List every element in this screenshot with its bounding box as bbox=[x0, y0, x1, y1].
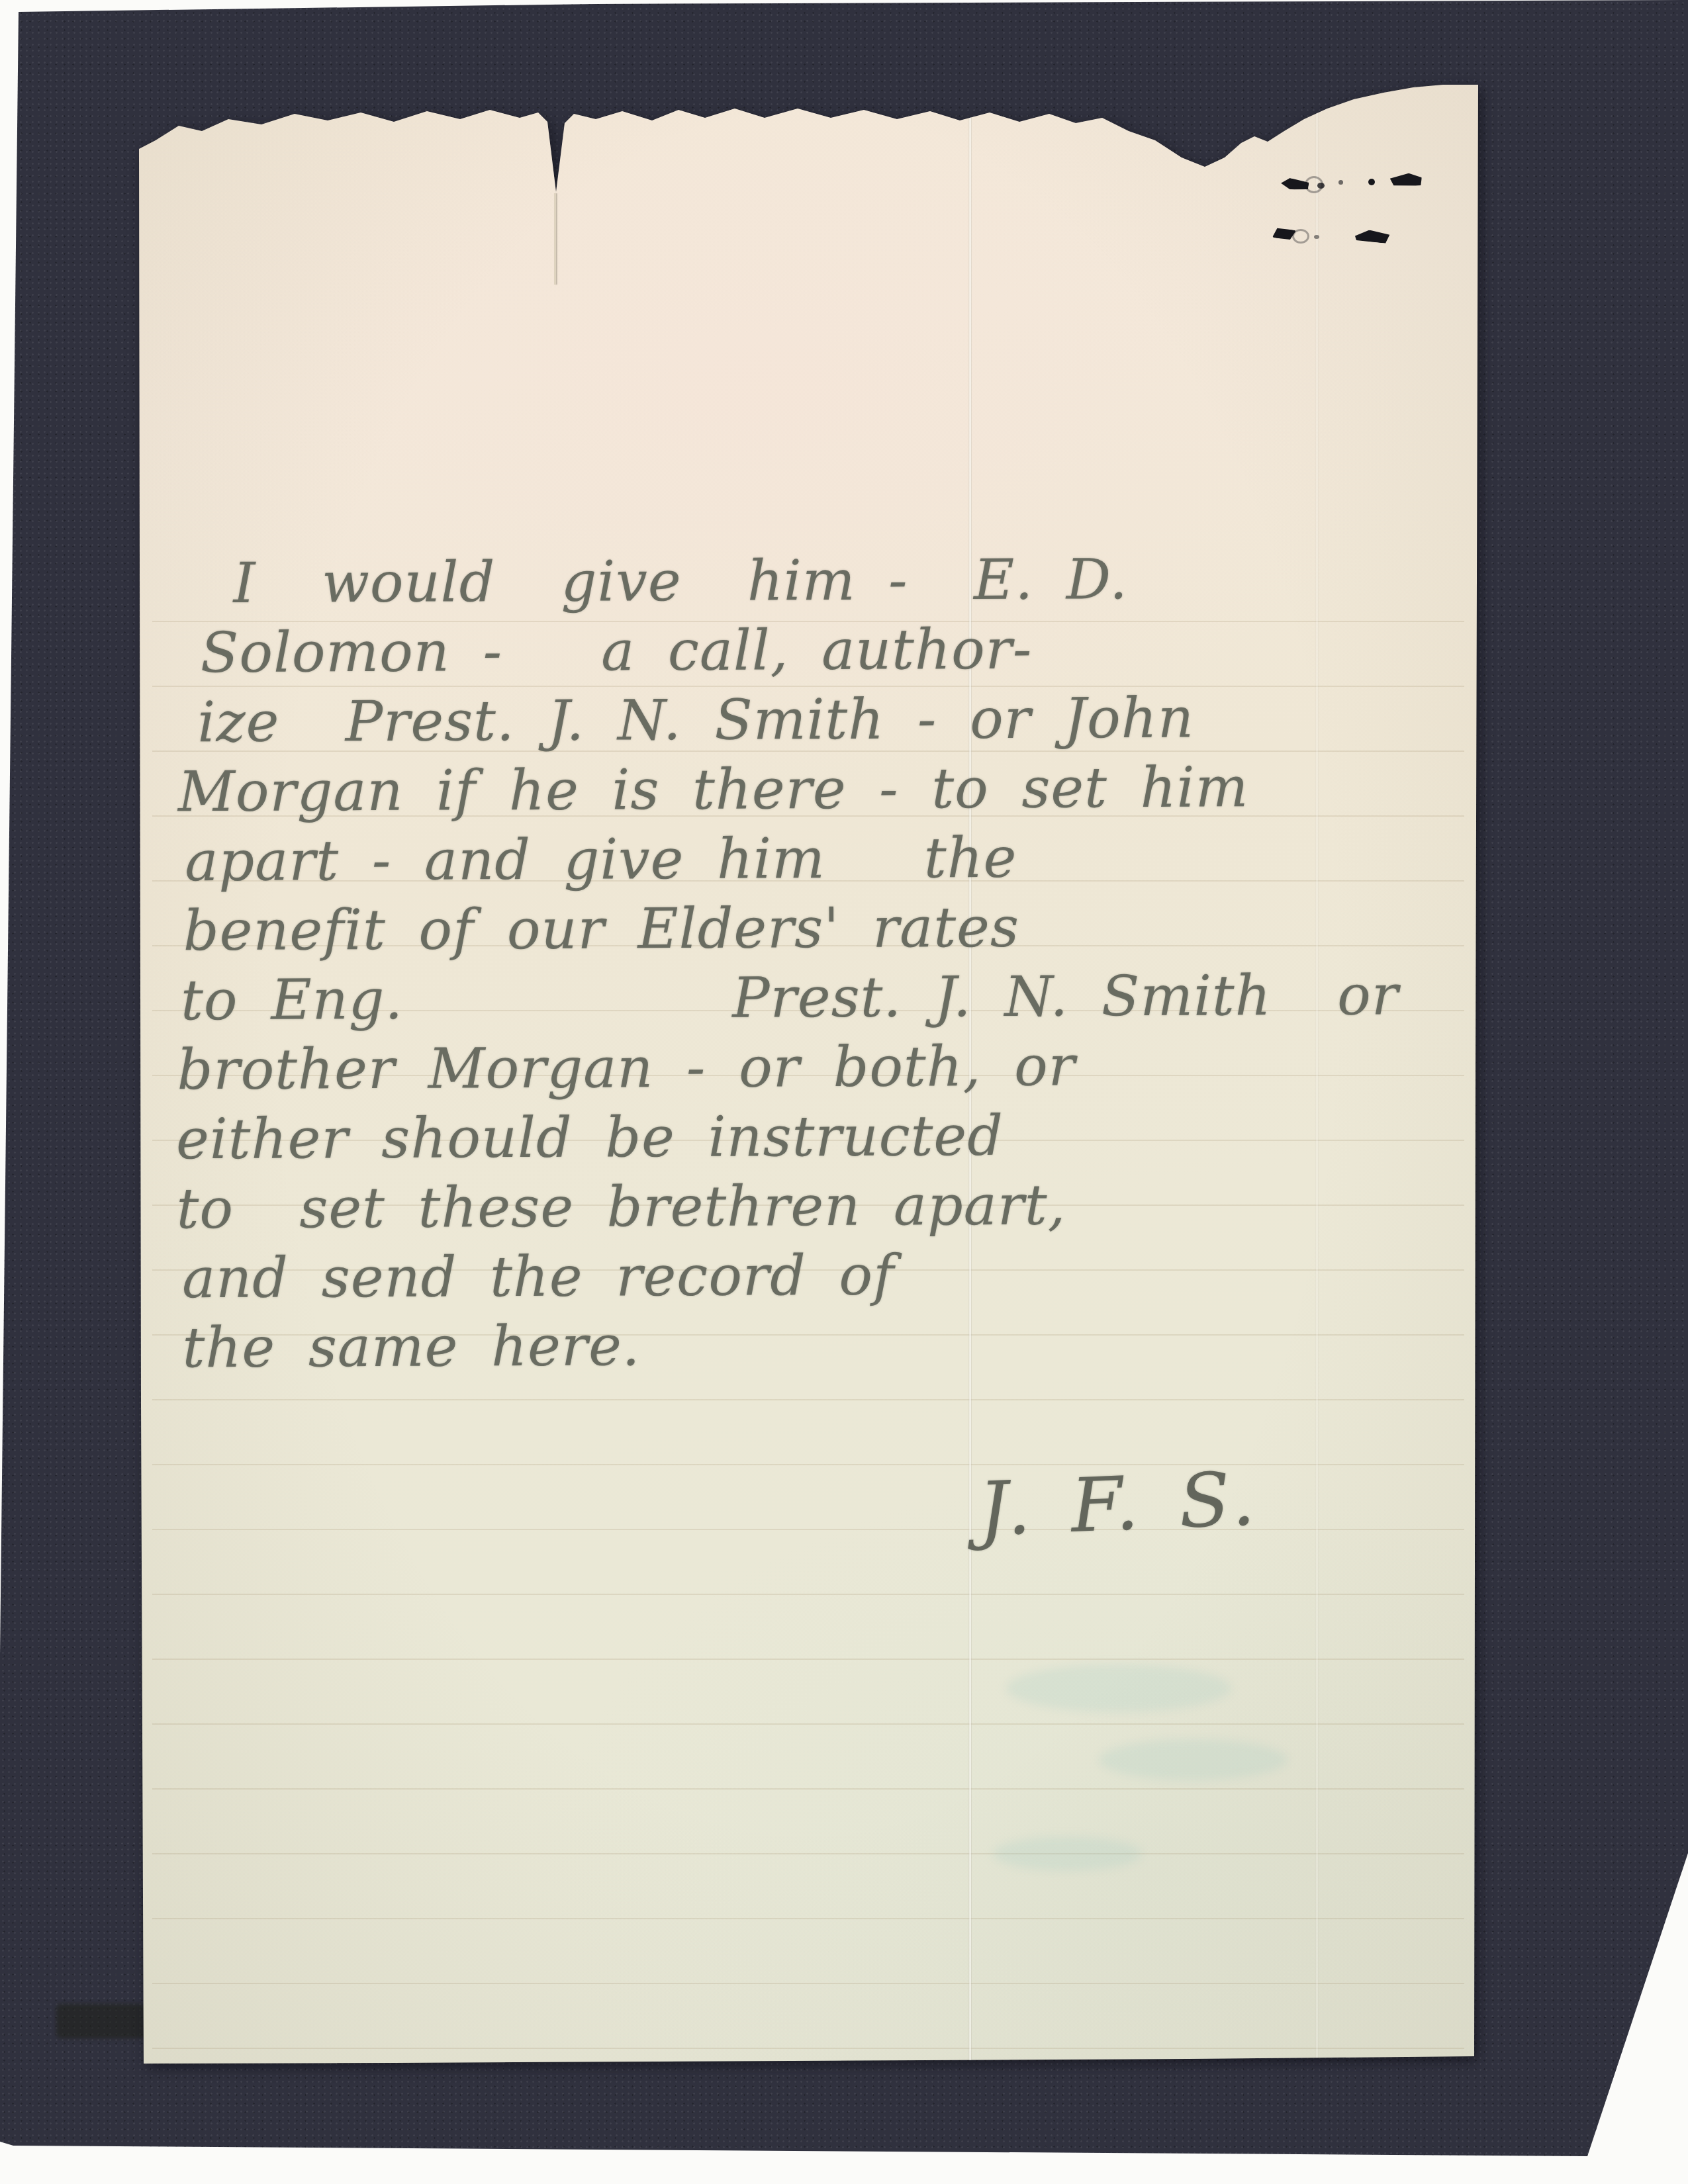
letter-paper: I would give him - E. D. Solomon - a cal… bbox=[129, 79, 1483, 2065]
torn-edge-crack bbox=[554, 193, 556, 285]
handwriting-line-8: brother Morgan - or both, or bbox=[175, 1030, 1493, 1105]
handwriting-line-5: apart - and give him the bbox=[175, 821, 1492, 897]
blue-stain bbox=[1006, 1664, 1231, 1712]
scan-background: I would give him - E. D. Solomon - a cal… bbox=[0, 0, 1688, 2184]
blue-stain bbox=[1099, 1739, 1288, 1780]
ink-smudge bbox=[1314, 235, 1319, 239]
handwriting-line-4: Morgan if he is there - to set him bbox=[175, 752, 1492, 827]
handwriting-line-10: to set these brethren apart, bbox=[176, 1169, 1493, 1244]
handwriting-line-7: to Eng. Prest. J. N. Smith or bbox=[175, 960, 1493, 1036]
ink-smudge bbox=[1338, 180, 1343, 185]
ink-smudge-ring bbox=[1292, 229, 1309, 244]
letter-paper-wrapper: I would give him - E. D. Solomon - a cal… bbox=[129, 79, 1483, 2065]
handwriting-block: I would give him - E. D. Solomon - a cal… bbox=[173, 543, 1494, 1383]
signature: J. F. S. bbox=[977, 1456, 1260, 1553]
handwriting-line-6: benefit of our Elders' rates bbox=[175, 891, 1493, 966]
handwriting-line-11: and send the record of bbox=[177, 1238, 1494, 1314]
handwriting-line-9: either should be instructed bbox=[176, 1099, 1493, 1175]
handwriting-line-2: Solomon - a call, author- bbox=[174, 613, 1491, 688]
handwriting-line-12: the same here. bbox=[177, 1308, 1494, 1383]
handwriting-line-3: ize Prest. J. N. Smith - or John bbox=[174, 682, 1491, 758]
ink-smudge-ring bbox=[1305, 176, 1323, 193]
handwriting-line-1: I would give him - E. D. bbox=[173, 543, 1491, 619]
blue-stain bbox=[993, 1837, 1142, 1871]
ink-smudge bbox=[1368, 179, 1375, 185]
